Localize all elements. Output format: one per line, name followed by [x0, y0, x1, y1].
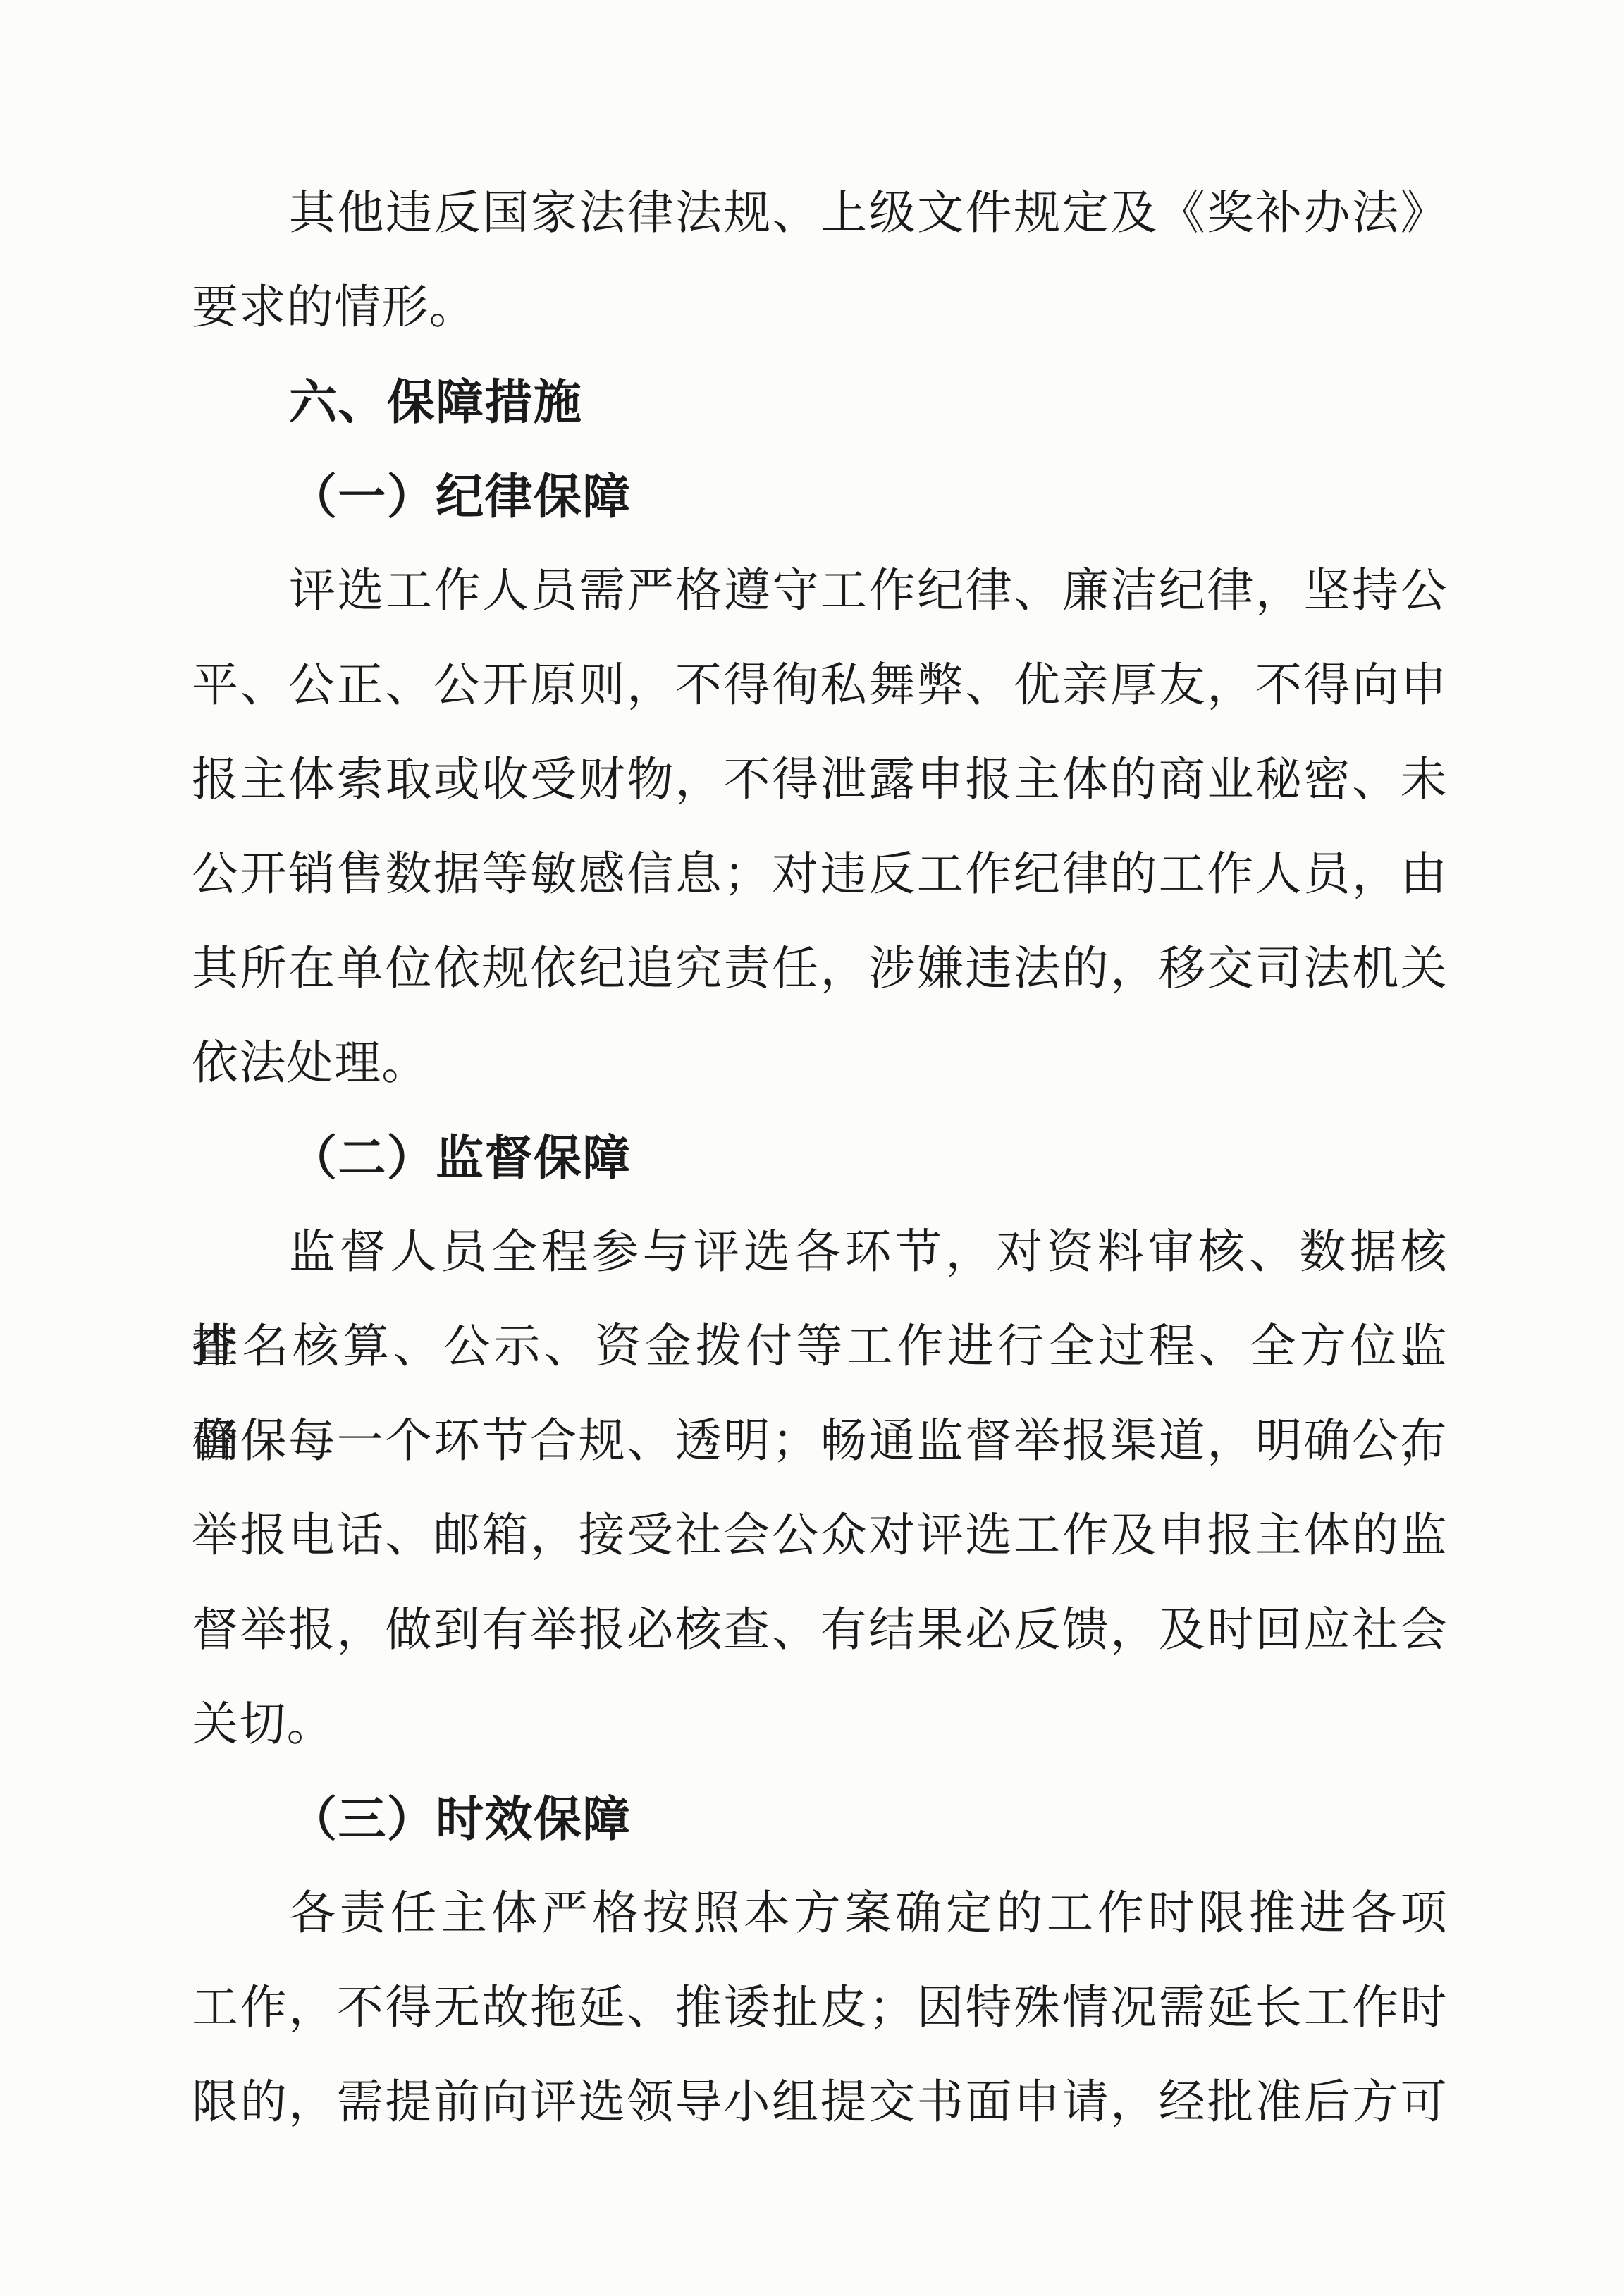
- text-line: 报主体索取或收受财物，不得泄露申报主体的商业秘密、未: [192, 733, 1448, 828]
- subsection-heading-1-discipline: （一）纪律保障: [192, 450, 1448, 544]
- text-line: 其他违反国家法律法规、上级文件规定及《奖补办法》: [192, 166, 1448, 261]
- section-heading-text: 六、保障措施: [192, 355, 1448, 450]
- paragraph-discipline-guarantee: 评选工作人员需严格遵守工作纪律、廉洁纪律，坚持公 平、公正、公开原则，不得徇私舞…: [192, 544, 1448, 1111]
- subsection-heading-text: （二）监督保障: [192, 1111, 1448, 1205]
- subsection-heading-3-timeliness: （三）时效保障: [192, 1772, 1448, 1867]
- paragraph-supervision-guarantee: 监督人员全程参与评选各环节，对资料审核、数据核查、 排名核算、公示、资金拨付等工…: [192, 1205, 1448, 1772]
- document-content: 其他违反国家法律法规、上级文件规定及《奖补办法》 要求的情形。 六、保障措施 （…: [0, 0, 1624, 2150]
- subsection-heading-2-supervision: （二）监督保障: [192, 1111, 1448, 1205]
- text-line: 平、公正、公开原则，不得徇私舞弊、优亲厚友，不得向申: [192, 639, 1448, 733]
- text-line: 督举报，做到有举报必核查、有结果必反馈，及时回应社会: [192, 1583, 1448, 1678]
- subsection-heading-text: （三）时效保障: [192, 1772, 1448, 1867]
- text-line: 限的，需提前向评选领导小组提交书面申请，经批准后方可: [192, 2056, 1448, 2150]
- text-line: 评选工作人员需严格遵守工作纪律、廉洁纪律，坚持公: [192, 544, 1448, 639]
- text-line: 关切。: [192, 1678, 1448, 1772]
- text-line: 举报电话、邮箱，接受社会公众对评选工作及申报主体的监: [192, 1489, 1448, 1583]
- text-line: 依法处理。: [192, 1017, 1448, 1111]
- text-line: 排名核算、公示、资金拨付等工作进行全过程、全方位监督，: [192, 1300, 1448, 1394]
- text-line: 工作，不得无故拖延、推诿扯皮；因特殊情况需延长工作时: [192, 1961, 1448, 2056]
- text-line: 要求的情形。: [192, 261, 1448, 355]
- subsection-heading-text: （一）纪律保障: [192, 450, 1448, 544]
- text-line: 各责任主体严格按照本方案确定的工作时限推进各项: [192, 1867, 1448, 1961]
- text-line: 确保每一个环节合规、透明；畅通监督举报渠道，明确公布: [192, 1394, 1448, 1489]
- paragraph-timeliness-guarantee: 各责任主体严格按照本方案确定的工作时限推进各项 工作，不得无故拖延、推诿扯皮；因…: [192, 1867, 1448, 2150]
- text-line: 其所在单位依规依纪追究责任，涉嫌违法的，移交司法机关: [192, 922, 1448, 1017]
- text-line: 监督人员全程参与评选各环节，对资料审核、数据核查、: [192, 1205, 1448, 1300]
- text-line: 公开销售数据等敏感信息；对违反工作纪律的工作人员，由: [192, 828, 1448, 922]
- paragraph-other-violations: 其他违反国家法律法规、上级文件规定及《奖补办法》 要求的情形。: [192, 166, 1448, 355]
- document-page: 其他违反国家法律法规、上级文件规定及《奖补办法》 要求的情形。 六、保障措施 （…: [0, 0, 1624, 2296]
- section-heading-6: 六、保障措施: [192, 355, 1448, 450]
